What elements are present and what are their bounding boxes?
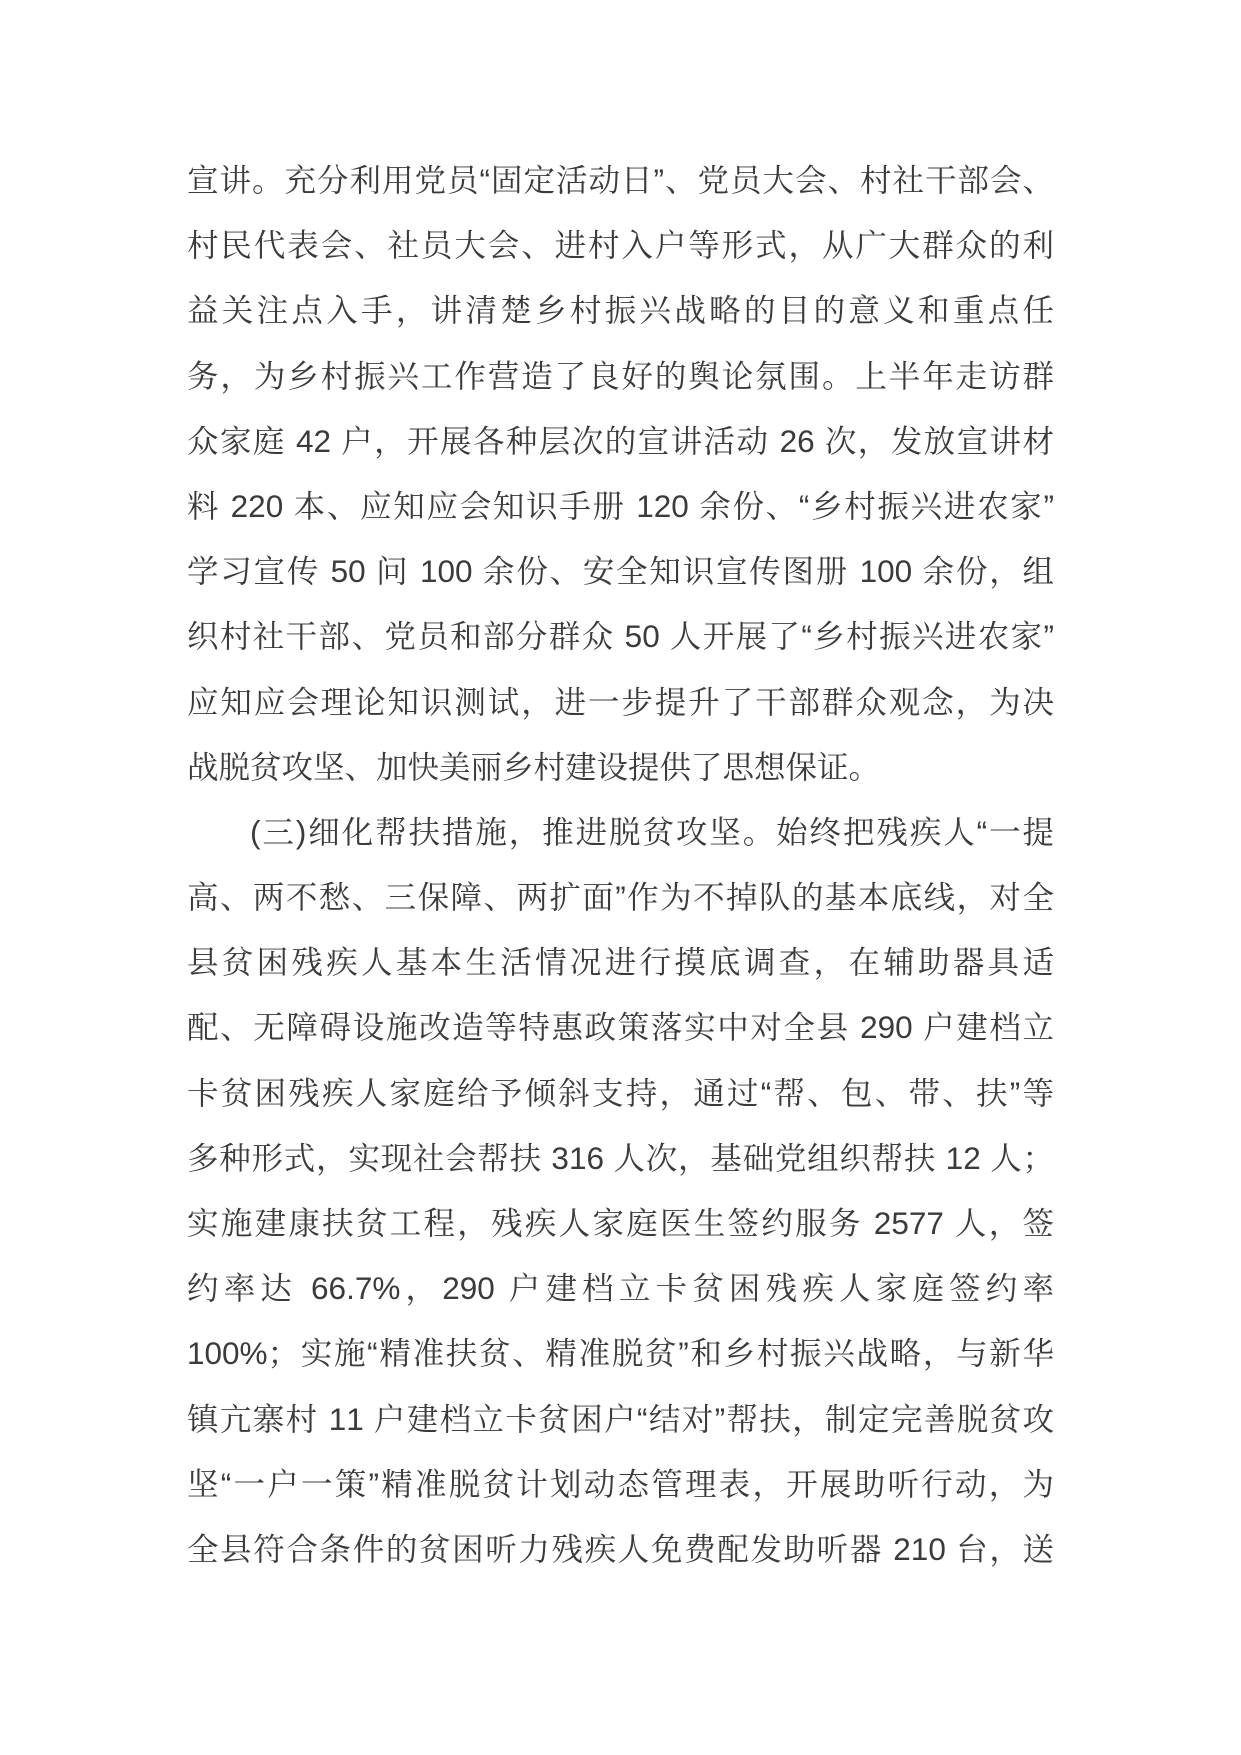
text-line: 应知应会理论知识测试，进一步提升了干部群众观念，为决 bbox=[187, 670, 1054, 735]
text-line: 实施建康扶贫工程，残疾人家庭医生签约服务 2577 人，签 bbox=[187, 1191, 1054, 1256]
text-line: 战脱贫攻坚、加快美丽乡村建设提供了思想保证。 bbox=[187, 735, 1054, 800]
text-line: 镇亢寨村 11 户建档立卡贫困户“结对”帮扶，制定完善脱贫攻 bbox=[187, 1387, 1054, 1452]
text-line: 织村社干部、党员和部分群众 50 人开展了“乡村振兴进农家” bbox=[187, 604, 1054, 669]
text-line: 约率达 66.7%，290 户建档立卡贫困残疾人家庭签约率 bbox=[187, 1256, 1054, 1321]
text-line: 配、无障碍设施改造等特惠政策落实中对全县 290 户建档立 bbox=[187, 995, 1054, 1060]
text-line: 务，为乡村振兴工作营造了良好的舆论氛围。上半年走访群 bbox=[187, 344, 1054, 409]
text-line: 全县符合条件的贫困听力残疾人免费配发助听器 210 台，送 bbox=[187, 1517, 1054, 1582]
text-line: 村民代表会、社员大会、进村入户等形式，从广大群众的利 bbox=[187, 213, 1054, 278]
text-line: 坚“一户一策”精准脱贫计划动态管理表，开展助听行动，为 bbox=[187, 1452, 1054, 1517]
paragraph-section-3: (三)细化帮扶措施，推进脱贫攻坚。始终把残疾人“一提 高、两不愁、三保障、两扩面… bbox=[187, 800, 1054, 1582]
text-line: 100%；实施“精准扶贫、精准脱贫”和乡村振兴战略，与新华 bbox=[187, 1321, 1054, 1386]
document-page: 宣讲。充分利用党员“固定活动日”、党员大会、村社干部会、 村民代表会、社员大会、… bbox=[0, 0, 1241, 1755]
text-line: 益关注点入手，讲清楚乡村振兴战略的目的意义和重点任 bbox=[187, 278, 1054, 343]
text-line: 卡贫困残疾人家庭给予倾斜支持，通过“帮、包、带、扶”等 bbox=[187, 1061, 1054, 1126]
text-line: (三)细化帮扶措施，推进脱贫攻坚。始终把残疾人“一提 bbox=[187, 800, 1054, 865]
text-line: 宣讲。充分利用党员“固定活动日”、党员大会、村社干部会、 bbox=[187, 148, 1054, 213]
paragraph-continuation: 宣讲。充分利用党员“固定活动日”、党员大会、村社干部会、 村民代表会、社员大会、… bbox=[187, 148, 1054, 800]
text-line: 多种形式，实现社会帮扶 316 人次，基础党组织帮扶 12 人； bbox=[187, 1126, 1054, 1191]
text-line: 众家庭 42 户，开展各种层次的宣讲活动 26 次，发放宣讲材 bbox=[187, 409, 1054, 474]
text-line: 料 220 本、应知应会知识手册 120 余份、“乡村振兴进农家” bbox=[187, 474, 1054, 539]
text-line: 县贫困残疾人基本生活情况进行摸底调查，在辅助器具适 bbox=[187, 930, 1054, 995]
text-line: 学习宣传 50 问 100 余份、安全知识宣传图册 100 余份，组 bbox=[187, 539, 1054, 604]
text-line: 高、两不愁、三保障、两扩面”作为不掉队的基本底线，对全 bbox=[187, 865, 1054, 930]
